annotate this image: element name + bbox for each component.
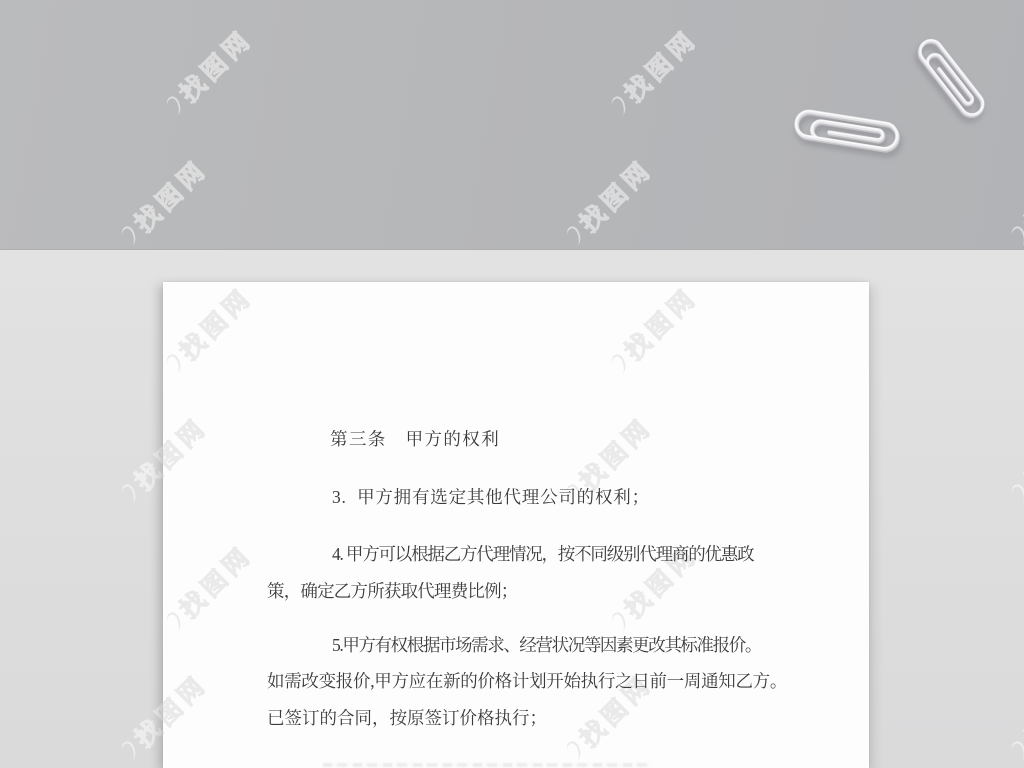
- document-preview-scene: 找图网找图网找图网找图网找图网找图网找图网找图网找图网找图网找图网找图网找图网找…: [0, 0, 1024, 768]
- doc-line-3: 4. 甲方可以根据乙方代理情况，按不同级别代理商的优惠政: [332, 543, 753, 565]
- doc-line-1: 第三条 甲方的权利: [330, 428, 500, 450]
- document-content: 第三条 甲方的权利3. 甲方拥有选定其他代理公司的权利；4. 甲方可以根据乙方代…: [163, 282, 869, 768]
- doc-line-5: 5.甲方有权根据市场需求、经营状况等因素更改其标准报价。: [332, 634, 761, 656]
- doc-line-6: 如需改变报价,甲方应在新的价格计划开始执行之日前一周通知乙方。: [267, 670, 787, 692]
- doc-line-4: 策，确定乙方所获取代理费比例；: [267, 580, 518, 602]
- doc-line-2: 3. 甲方拥有选定其他代理公司的权利；: [332, 486, 650, 508]
- document-page: 找图网找图网找图网找图网找图网找图网找图网找图网找图网找图网找图网找图网找图网找…: [163, 282, 869, 768]
- doc-line-7: 已签订的合同，按原签订价格执行；: [267, 707, 547, 729]
- cutoff-text-line: [323, 763, 653, 767]
- screenshot-root: { "background": { "top_band_color": "#b5…: [0, 0, 1024, 768]
